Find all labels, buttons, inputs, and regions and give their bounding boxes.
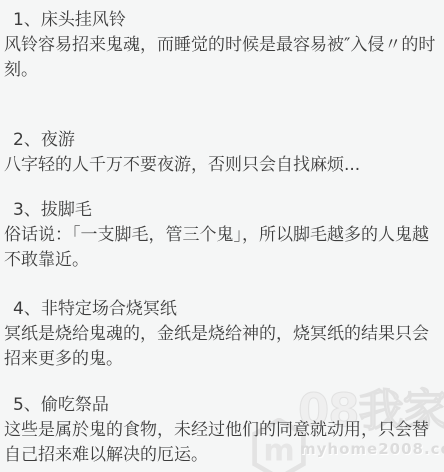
section-body: 这些是属於鬼的食物，未经过他们的同意就动用，只会替自己招来难以解决的厄运。	[4, 418, 436, 468]
taboo-section-1: 1、床头挂风铃 风铃容易招来鬼魂，而睡觉的时候是最容易被″入侵〃的时刻。	[4, 8, 436, 83]
section-body: 八字轻的人千万不要夜游，否则只会自找麻烦...	[4, 153, 436, 178]
taboo-section-4: 4、非特定场合烧冥纸 冥纸是烧给鬼魂的，金纸是烧给神的，烧冥纸的结果只会招来更多…	[4, 297, 436, 372]
taboo-section-3: 3、拔脚毛 俗话说：「一支脚毛，管三个鬼」，所以脚毛越多的人鬼越不敢靠近。	[4, 198, 436, 273]
section-heading: 4、非特定场合烧冥纸	[4, 297, 436, 322]
taboo-section-2: 2、夜游 八字轻的人千万不要夜游，否则只会自找麻烦...	[4, 128, 436, 178]
section-body: 俗话说：「一支脚毛，管三个鬼」，所以脚毛越多的人鬼越不敢靠近。	[4, 223, 436, 273]
section-heading: 5、偷吃祭品	[4, 393, 436, 418]
article-content: 1、床头挂风铃 风铃容易招来鬼魂，而睡觉的时候是最容易被″入侵〃的时刻。 2、夜…	[0, 0, 444, 468]
section-body: 冥纸是烧给鬼魂的，金纸是烧给神的，烧冥纸的结果只会招来更多的鬼。	[4, 322, 436, 372]
section-body: 风铃容易招来鬼魂，而睡觉的时候是最容易被″入侵〃的时刻。	[4, 33, 436, 83]
article-page: m 08我家 myhome2008.com 1、床头挂风铃 风铃容易招来鬼魂，而…	[0, 0, 444, 472]
section-heading: 3、拔脚毛	[4, 198, 436, 223]
taboo-section-5: 5、偷吃祭品 这些是属於鬼的食物，未经过他们的同意就动用，只会替自己招来难以解决…	[4, 393, 436, 468]
section-heading: 1、床头挂风铃	[4, 8, 436, 33]
section-heading: 2、夜游	[4, 128, 436, 153]
